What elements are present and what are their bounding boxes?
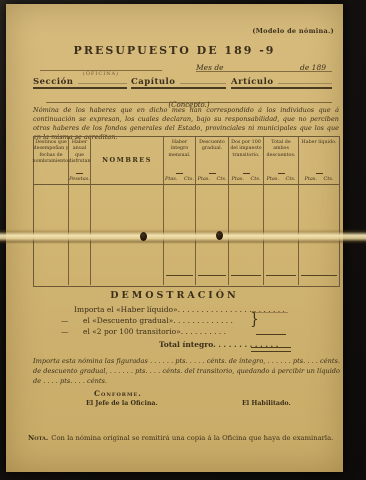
column-title: Total de ambos descuentos.: [264, 137, 298, 159]
column-divider-dash: [278, 173, 285, 174]
capitulo-blank-line: [180, 75, 226, 84]
column-title: Descuento gradual.: [196, 137, 228, 153]
footnote-label: Nota.: [28, 434, 48, 442]
column-unit: Ptas. Cts.: [197, 176, 226, 182]
footnote: Nota.Con la nómina original se remitirá …: [28, 434, 340, 442]
table-header-row: Destinos que desempeñan y fechas de nomb…: [34, 137, 339, 185]
column-title: Haber líquido.: [301, 137, 338, 146]
demostracion-line-transitorio: —el «2 por 100 transitorio». . . . . . .…: [61, 327, 226, 336]
column-title: Haber anual que disfrutan: [67, 137, 91, 166]
column-header-destinos: Destinos que desempeñan y fechas de nomb…: [34, 137, 69, 184]
mes-label: Mes de: [196, 64, 224, 72]
column-unit: Ptas. Cts.: [231, 176, 260, 182]
conforme-label: Conforme.: [94, 389, 142, 398]
column-header-total-descuentos: Total de ambos descuentos. Ptas. Cts.: [264, 137, 299, 184]
punch-hole: [216, 231, 223, 240]
sum-rule: [256, 334, 286, 335]
column-divider-dash: [243, 173, 250, 174]
demostracion-line-gradual: —el «Descuento gradual». . . . . . . . .…: [61, 316, 233, 325]
punch-hole: [140, 232, 147, 241]
ditto-dash: —: [61, 316, 83, 325]
oficina-field: (OFICINA): [40, 60, 162, 71]
scanned-document: (Modelo de nómina.) PRESUPUESTO DE 189 -…: [0, 0, 366, 480]
page-title: PRESUPUESTO DE 189 -9: [6, 44, 343, 57]
total-rule: [301, 275, 337, 276]
column-divider-dash: [316, 173, 323, 174]
seccion-label: Sección: [33, 77, 73, 87]
column-title: Dos por 100 del impuesto transitorio.: [229, 137, 263, 159]
column-title: Haber íntegro mensual.: [164, 137, 195, 159]
jefe-signature-label: El Jefe de la Oficina.: [86, 400, 158, 407]
column-header-nombres: NOMBRES: [91, 137, 164, 184]
concepto-field: (Concepto.): [46, 92, 332, 103]
column-unit: Ptas. Cts.: [266, 176, 295, 182]
capitulo-label: Capítulo: [131, 77, 175, 87]
habilitado-signature-label: El Habilitado.: [242, 400, 291, 407]
column-unit: Ptas. Cts.: [165, 176, 194, 182]
articulo-blank-line: [278, 75, 332, 84]
line-text: el «2 por 100 transitorio». . . . . . . …: [83, 327, 226, 336]
seccion-field: Sección: [33, 75, 127, 89]
column-header-impuesto-transitorio: Dos por 100 del impuesto transitorio. Pt…: [229, 137, 264, 184]
column-unit: Ptas. Cts.: [304, 176, 333, 182]
totals-paragraph: Importa esta nómina las figuradas . . . …: [33, 357, 340, 387]
grouping-brace: }: [250, 311, 259, 328]
column-header-haber-integro: Haber íntegro mensual. Ptas. Cts.: [164, 137, 196, 184]
column-divider-dash: [209, 173, 216, 174]
total-rule: [198, 275, 226, 276]
column-divider-dash: [176, 173, 183, 174]
total-rule: [166, 275, 193, 276]
column-unit: Pesetas.: [69, 176, 90, 182]
ditto-dash: —: [61, 327, 83, 336]
total-rule: [266, 275, 296, 276]
total-rule: [231, 275, 261, 276]
year-label: de 189: [300, 64, 326, 72]
column-header-haber-liquido: Haber líquido. Ptas. Cts.: [299, 137, 339, 184]
column-divider-dash: [76, 173, 83, 174]
payroll-table: Destinos que desempeñan y fechas de nomb…: [33, 136, 340, 287]
total-double-rule: [251, 347, 291, 352]
column-title: NOMBRES: [101, 156, 153, 165]
column-header-descuento-gradual: Descuento gradual. Ptas. Cts.: [196, 137, 229, 184]
articulo-label: Artículo: [231, 77, 273, 87]
month-field: Mes de de 189: [196, 60, 332, 72]
column-title: Destinos que desempeñan y fechas de nomb…: [32, 137, 71, 166]
seccion-blank-line: [78, 75, 127, 84]
capitulo-field: Capítulo: [131, 75, 226, 89]
column-header-haber-anual: Haber anual que disfrutan Pesetas.: [69, 137, 91, 184]
articulo-field: Artículo: [231, 75, 332, 89]
model-label: (Modelo de nómina.): [252, 27, 334, 35]
fold-crease: [0, 229, 366, 244]
line-text: el «Descuento gradual». . . . . . . . . …: [83, 316, 233, 325]
demostracion-heading: DEMOSTRACIÓN: [6, 290, 343, 301]
footnote-text: Con la nómina original se remitirá una c…: [51, 434, 333, 442]
